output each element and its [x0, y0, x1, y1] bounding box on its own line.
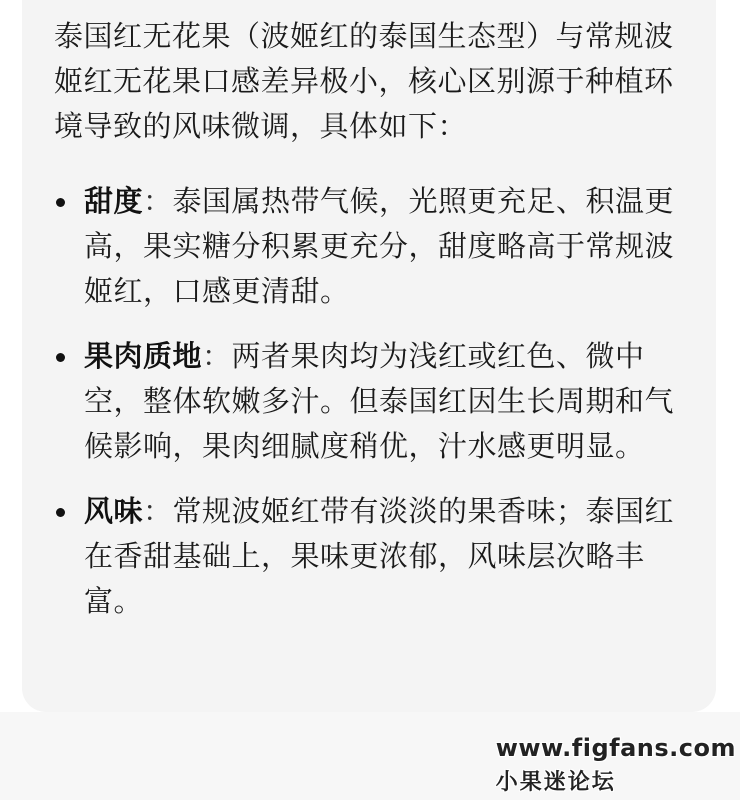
bullet-dot-icon	[56, 198, 65, 207]
point-separator: ：	[202, 339, 232, 373]
point-text: 常规波姬红带有淡淡的果香味；泰国红在香甜基础上，果味更浓郁，风味层次略丰富。	[84, 494, 674, 618]
comparison-list: 甜度：泰国属热带气候，光照更充足、积温更高，果实糖分积累更充分，甜度略高于常规波…	[54, 179, 680, 624]
list-item-sweetness: 甜度：泰国属热带气候，光照更充足、积温更高，果实糖分积累更充分，甜度略高于常规波…	[54, 179, 694, 314]
bullet-dot-icon	[56, 508, 65, 517]
chat-message-bubble: 泰国红无花果（波姬红的泰国生态型）与常规波姬红无花果口感差异极小，核心区别源于种…	[22, 0, 716, 712]
point-separator: ：	[143, 494, 173, 528]
bullet-dot-icon	[56, 353, 65, 362]
point-text: 泰国属热带气候，光照更充足、积温更高，果实糖分积累更充分，甜度略高于常规波姬红，…	[84, 184, 674, 308]
point-separator: ：	[143, 184, 173, 218]
watermark-url: www.figfans.com	[496, 730, 736, 766]
point-label: 果肉质地	[84, 339, 202, 373]
message-intro: 泰国红无花果（波姬红的泰国生态型）与常规波姬红无花果口感差异极小，核心区别源于种…	[54, 14, 694, 149]
point-label: 风味	[84, 494, 143, 528]
watermark: www.figfans.com 小果迷论坛	[496, 730, 736, 800]
list-item-flavor: 风味：常规波姬红带有淡淡的果香味；泰国红在香甜基础上，果味更浓郁，风味层次略丰富…	[54, 489, 694, 624]
watermark-name: 小果迷论坛	[496, 766, 736, 800]
list-item-texture: 果肉质地：两者果肉均为浅红或红色、微中空，整体软嫩多汁。但泰国红因生长周期和气候…	[54, 334, 694, 469]
point-label: 甜度	[84, 184, 143, 218]
